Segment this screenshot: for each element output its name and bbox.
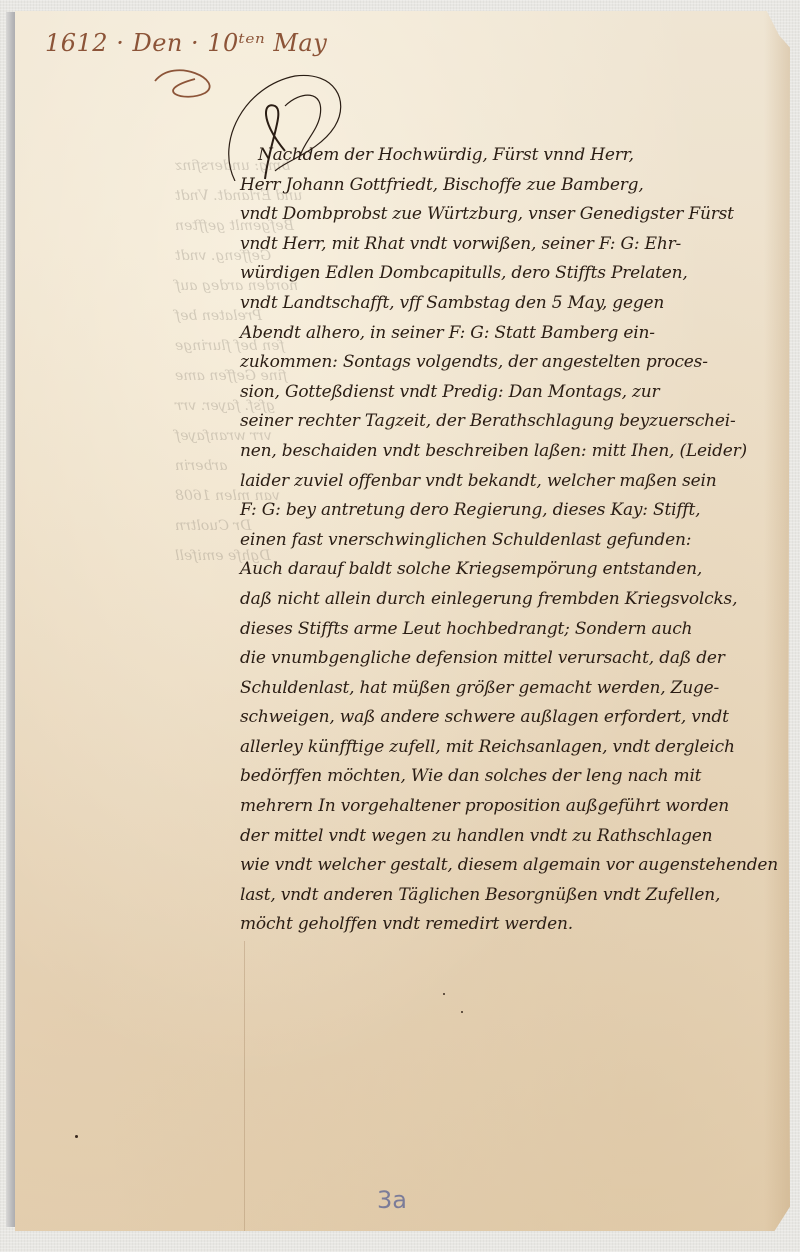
manuscript-line: Schuldenlast, hat müßen größer gemacht w… bbox=[240, 674, 795, 704]
ink-speck bbox=[443, 993, 445, 995]
manuscript-line: Nachdem der Hochwürdig, Fürst vnnd Herr, bbox=[240, 141, 795, 171]
manuscript-line: möcht geholffen vndt remedirt werden. bbox=[240, 910, 795, 940]
manuscript-line: der mittel vndt wegen zu handlen vndt zu… bbox=[240, 822, 795, 852]
manuscript-line: daß nicht allein durch einlegerung fremb… bbox=[240, 585, 795, 615]
manuscript-line: Herr Johann Gottfriedt, Bischoffe zue Ba… bbox=[240, 171, 795, 201]
manuscript-line: würdigen Edlen Dombcapitulls, dero Stiff… bbox=[240, 259, 795, 289]
manuscript-line: bedörffen möchten, Wie dan solches der l… bbox=[240, 762, 795, 792]
manuscript-line: vndt Herr, mit Rhat vndt vorwißen, seine… bbox=[240, 230, 795, 260]
manuscript-line: vndt Landtschafft, vff Sambstag den 5 Ma… bbox=[240, 289, 795, 319]
manuscript-body: Nachdem der Hochwürdig, Fürst vnnd Herr,… bbox=[240, 141, 795, 940]
manuscript-line: Abendt alhero, in seiner F: G: Statt Bam… bbox=[240, 319, 795, 349]
manuscript-line: einen fast vnerschwinglichen Schuldenlas… bbox=[240, 526, 795, 556]
manuscript-line: laider zuviel offenbar vndt bekandt, wel… bbox=[240, 467, 795, 497]
manuscript-line: F: G: bey antretung dero Regierung, dies… bbox=[240, 496, 795, 526]
manuscript-line: nen, beschaiden vndt beschreiben laßen: … bbox=[240, 437, 795, 467]
manuscript-line: dieses Stiffts arme Leut hochbedrangt; S… bbox=[240, 615, 795, 645]
page-mark: 3a bbox=[377, 1186, 407, 1214]
mount-edge bbox=[6, 12, 16, 1227]
manuscript-line: wie vndt welcher gestalt, diesem algemai… bbox=[240, 851, 795, 881]
manuscript-line: schweigen, waß andere schwere außlagen e… bbox=[240, 703, 795, 733]
manuscript-line: Auch darauf baldt solche Kriegsempörung … bbox=[240, 555, 795, 585]
manuscript-line: seiner rechter Tagzeit, der Berathschlag… bbox=[240, 407, 795, 437]
manuscript-line: die vnumbgengliche defension mittel veru… bbox=[240, 644, 795, 674]
manuscript-line: sion, Gotteßdienst vndt Predig: Dan Mont… bbox=[240, 378, 795, 408]
manuscript-line: mehrern In vorgehaltener proposition auß… bbox=[240, 792, 795, 822]
manuscript-line: zukommen: Sontags volgendts, der angeste… bbox=[240, 348, 795, 378]
ink-speck bbox=[75, 1135, 78, 1138]
manuscript-page: bmg: undersfinz und Erlandt. Vndt Befgem… bbox=[15, 11, 790, 1231]
bleed-through-text: bmg: undersfinz und Erlandt. Vndt Befgem… bbox=[175, 151, 235, 571]
manuscript-line: vndt Dombprobst zue Würtzburg, vnser Gen… bbox=[240, 200, 795, 230]
manuscript-line: last, vndt anderen Täglichen Besorgnüßen… bbox=[240, 881, 795, 911]
ink-speck bbox=[461, 1011, 463, 1013]
date-annotation: 1612 · Den · 10ᵗᵉⁿ May bbox=[45, 29, 327, 57]
manuscript-line: allerley künfftige zufell, mit Reichsanl… bbox=[240, 733, 795, 763]
